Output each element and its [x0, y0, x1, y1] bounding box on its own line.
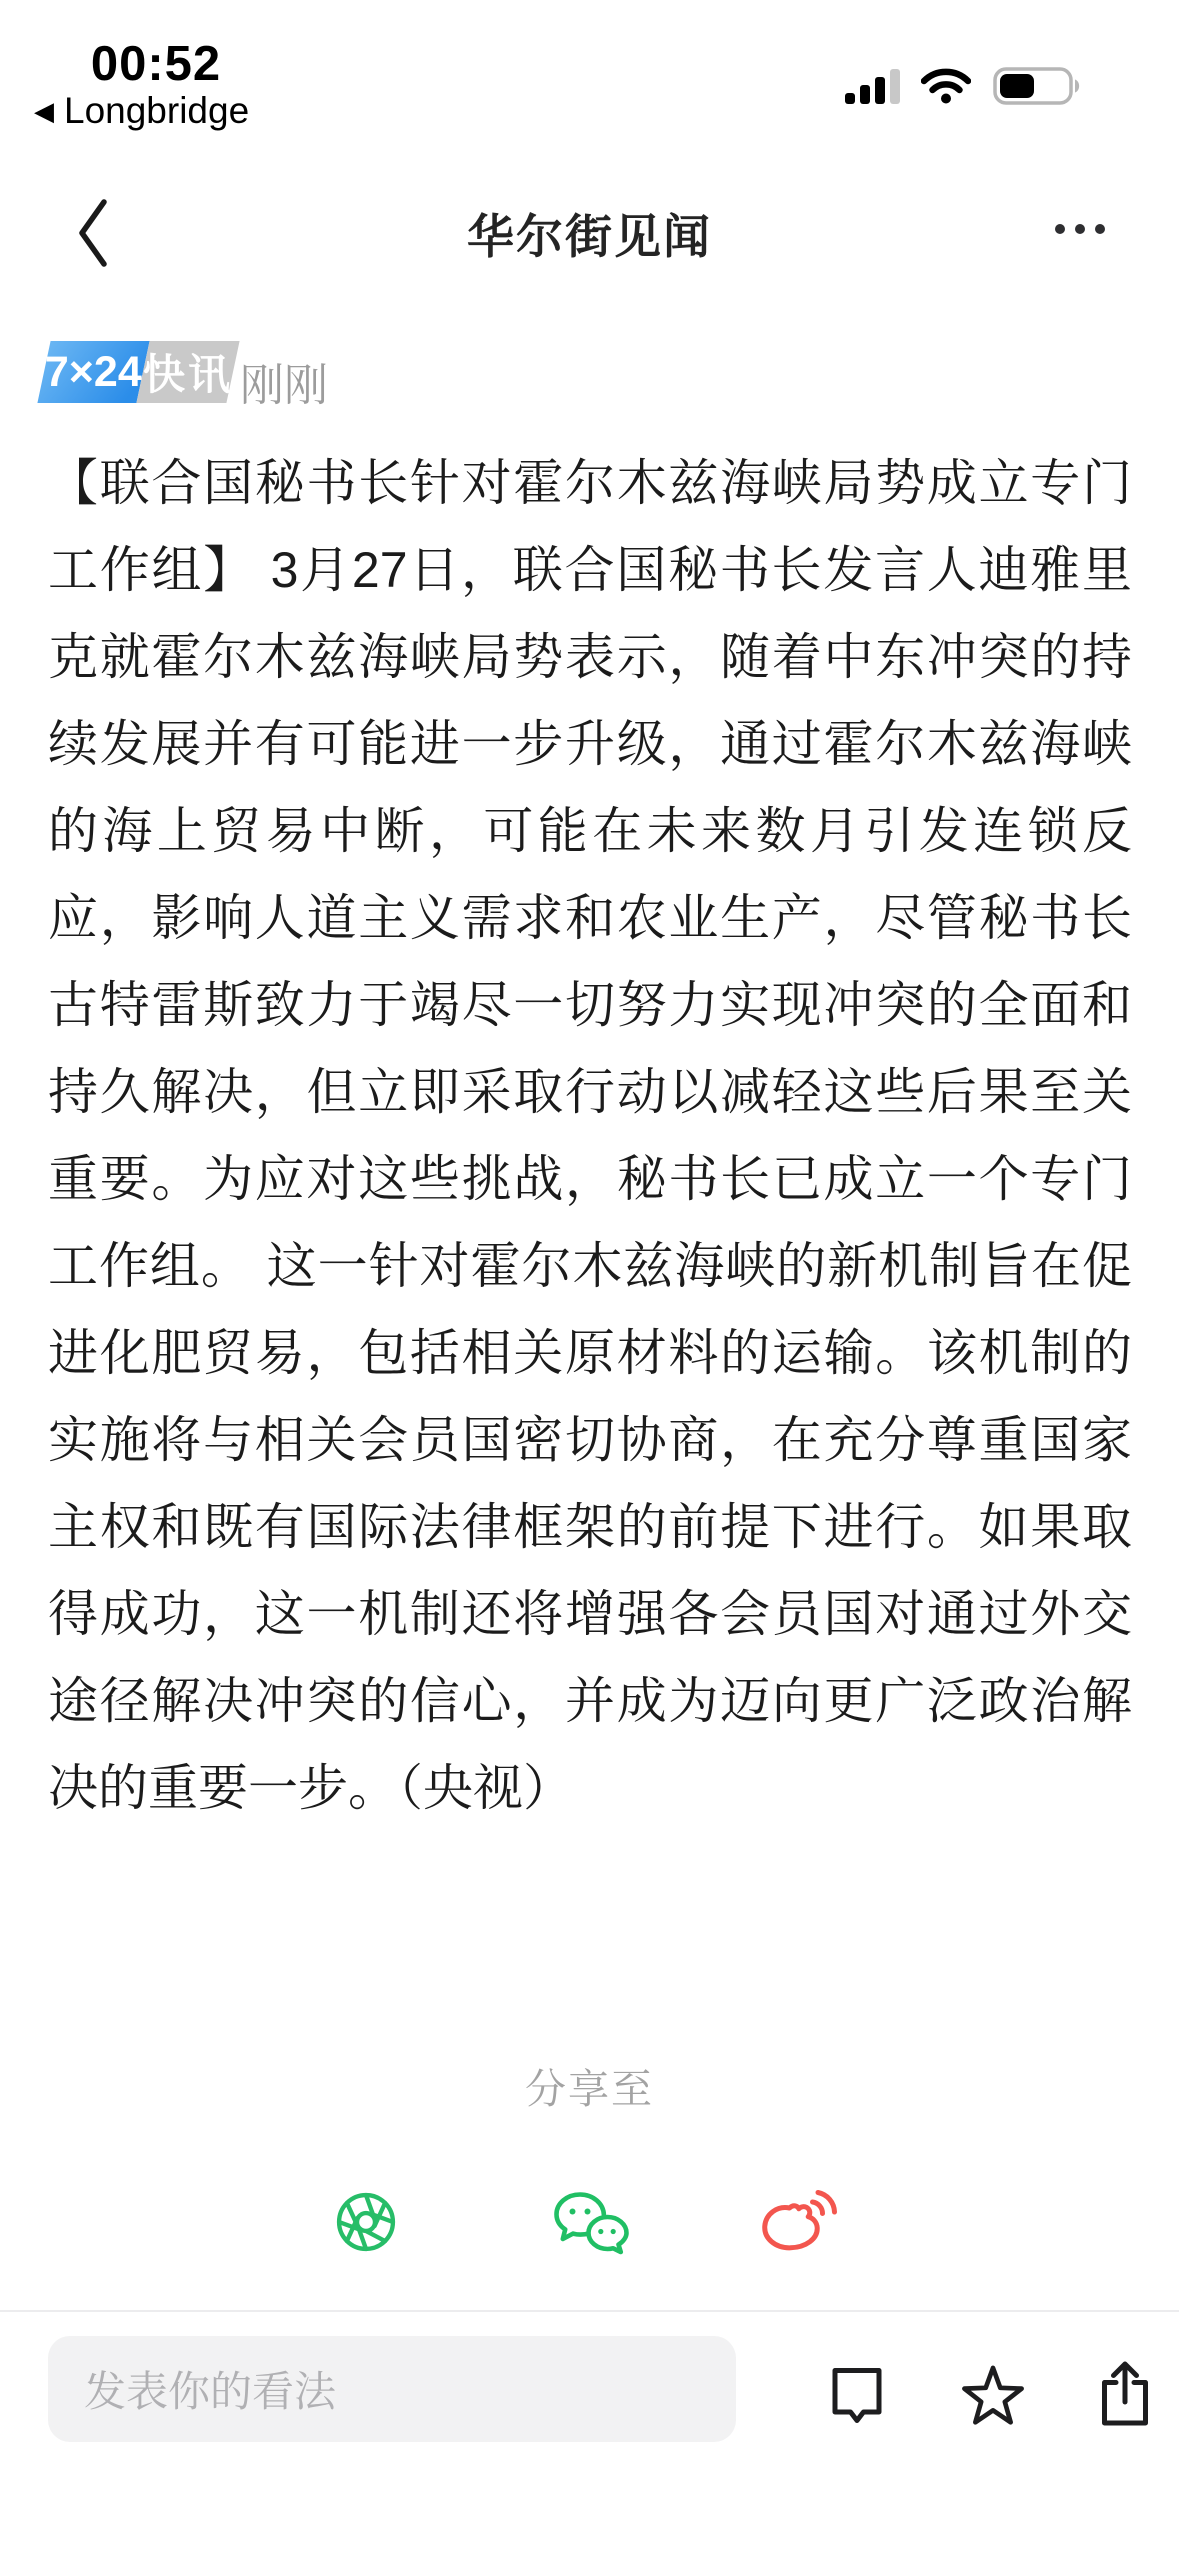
badge-kuaixun: 快讯 — [136, 341, 239, 403]
more-button[interactable] — [1053, 221, 1107, 237]
phone-screen: 00:52 ◀ Longbridge 华尔街见闻 — [0, 0, 1179, 2556]
back-to-app-label: Longbridge — [64, 90, 249, 132]
status-icons — [845, 64, 1145, 104]
comment-placeholder: 发表你的看法 — [84, 2359, 336, 2419]
article-body: 【联合国秘书长针对霍尔木兹海峡局势成立专门工作组】 3月27日，联合国秘书长发言… — [48, 440, 1132, 1832]
wechat-icon — [550, 2186, 634, 2260]
star-icon — [960, 2364, 1026, 2428]
share-to-label: 分享至 — [0, 2056, 1179, 2115]
favorite-button[interactable] — [960, 2364, 1026, 2428]
comments-button[interactable] — [830, 2366, 884, 2428]
share-weibo-button[interactable] — [756, 2186, 842, 2258]
battery-icon — [993, 67, 1089, 105]
wifi-icon — [921, 67, 971, 104]
status-time: 00:52 — [0, 36, 312, 92]
share-up-arrow-icon — [1097, 2360, 1153, 2428]
back-to-app-arrow-icon: ◀ — [34, 98, 54, 124]
share-button[interactable] — [1097, 2360, 1153, 2428]
comment-bubble-icon — [830, 2366, 884, 2428]
share-wechat-button[interactable] — [550, 2186, 634, 2260]
weibo-icon — [756, 2186, 842, 2258]
news-badge: 7×24 快讯 — [37, 341, 239, 403]
comment-input[interactable]: 发表你的看法 — [48, 2336, 736, 2442]
badge-kuaixun-label: 快讯 — [143, 342, 233, 402]
page-title: 华尔街见闻 — [0, 200, 1179, 267]
share-wechat-moments-button[interactable] — [332, 2188, 400, 2256]
wechat-moments-icon — [332, 2188, 400, 2256]
news-timestamp: 刚刚 — [240, 349, 328, 413]
bottom-toolbar: 发表你的看法 — [0, 2310, 1179, 2556]
cellular-signal-icon — [845, 66, 901, 104]
ellipsis-icon — [1053, 221, 1107, 237]
back-to-app-breadcrumb[interactable]: ◀ Longbridge — [34, 90, 249, 132]
badge-7x24: 7×24 — [37, 341, 149, 403]
badge-7x24-label: 7×24 — [45, 348, 142, 397]
